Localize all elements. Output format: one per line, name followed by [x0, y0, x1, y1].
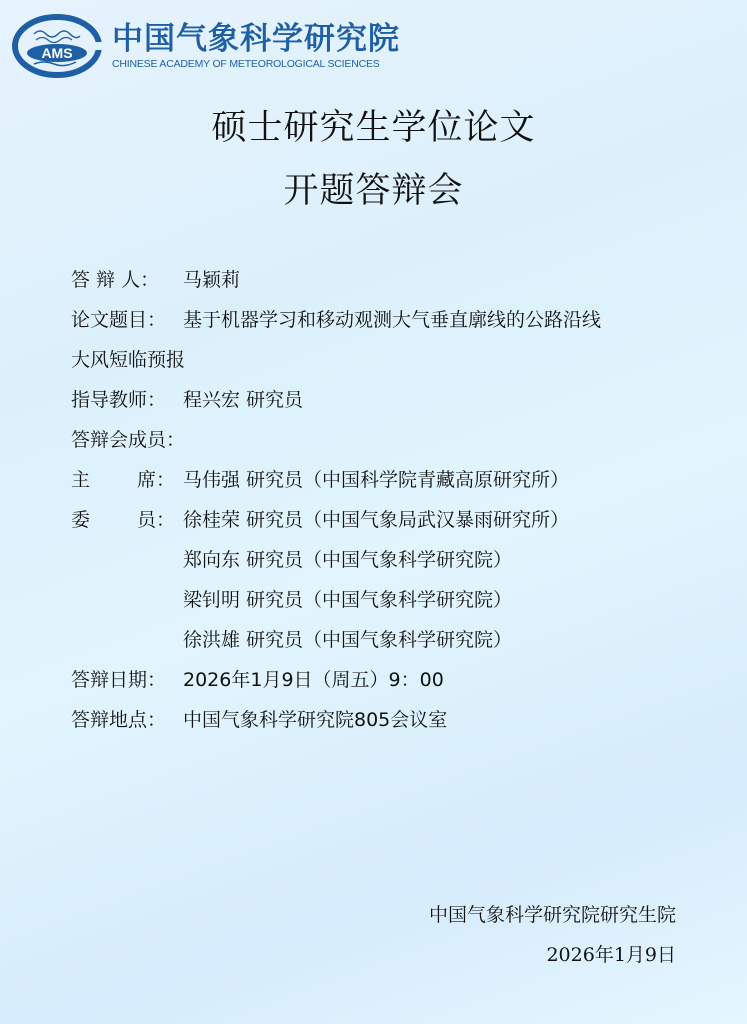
institution-logo: AMS 中国气象科学研究院 CHINESE ACADEMY OF METEORO…	[12, 14, 400, 78]
defender-row: 答 辩 人： 马颖莉	[71, 260, 601, 300]
member-row: 梁钊明 研究员（中国气象科学研究院）	[71, 580, 601, 620]
location-row: 答辩地点： 中国气象科学研究院805会议室	[71, 700, 601, 740]
members-label-a: 委	[71, 500, 90, 540]
member-value: 郑向东 研究员（中国气象科学研究院）	[183, 540, 512, 580]
committee-label: 答辩会成员：	[71, 420, 185, 460]
defender-name: 马颖莉	[183, 260, 240, 300]
advisor-name: 程兴宏 研究员	[183, 380, 303, 420]
issue-date: 2026年1月9日	[546, 940, 676, 967]
member-value: 徐洪雄 研究员（中国气象科学研究院）	[183, 620, 512, 660]
thesis-title-line2: 大风短临预报	[71, 340, 185, 380]
member-row: 委 员： 徐桂荣 研究员（中国气象局武汉暴雨研究所）	[71, 500, 601, 540]
location-value: 中国气象科学研究院805会议室	[183, 700, 447, 740]
issuer: 中国气象科学研究院研究生院	[429, 900, 676, 927]
date-row: 答辩日期： 2026年1月9日（周五）9：00	[71, 660, 601, 700]
advisor-label: 指导教师：	[71, 380, 183, 420]
thesis-label: 论文题目：	[71, 300, 183, 340]
thesis-row: 论文题目： 基于机器学习和移动观测大气垂直廓线的公路沿线	[71, 300, 601, 340]
document-subtitle: 开题答辩会	[0, 163, 747, 213]
svg-text:AMS: AMS	[41, 45, 72, 61]
thesis-row-cont: 大风短临预报	[71, 340, 601, 380]
member-value: 徐桂荣 研究员（中国气象局武汉暴雨研究所）	[183, 500, 569, 540]
chair-label-a: 主	[71, 460, 90, 500]
member-row: 郑向东 研究员（中国气象科学研究院）	[71, 540, 601, 580]
document-title: 硕士研究生学位论文	[0, 100, 747, 150]
org-name-cn: 中国气象科学研究院	[112, 22, 400, 56]
member-row: 徐洪雄 研究员（中国气象科学研究院）	[71, 620, 601, 660]
members-label-b: 员：	[137, 500, 175, 540]
chair-label-b: 席：	[137, 460, 175, 500]
advisor-row: 指导教师： 程兴宏 研究员	[71, 380, 601, 420]
location-label: 答辩地点：	[71, 700, 183, 740]
date-value: 2026年1月9日（周五）9：00	[183, 660, 444, 700]
committee-heading-row: 答辩会成员：	[71, 420, 601, 460]
chair-value: 马伟强 研究员（中国科学院青藏高原研究所）	[183, 460, 569, 500]
org-name-en: CHINESE ACADEMY OF METEOROLOGICAL SCIENC…	[112, 58, 400, 70]
chair-row: 主 席： 马伟强 研究员（中国科学院青藏高原研究所）	[71, 460, 601, 500]
thesis-title-line1: 基于机器学习和移动观测大气垂直廓线的公路沿线	[183, 300, 601, 340]
ams-logo-icon: AMS	[12, 14, 102, 78]
member-value: 梁钊明 研究员（中国气象科学研究院）	[183, 580, 512, 620]
defense-info: 答 辩 人： 马颖莉 论文题目： 基于机器学习和移动观测大气垂直廓线的公路沿线 …	[71, 260, 601, 740]
defender-label: 答 辩 人：	[71, 260, 183, 300]
date-label: 答辩日期：	[71, 660, 183, 700]
